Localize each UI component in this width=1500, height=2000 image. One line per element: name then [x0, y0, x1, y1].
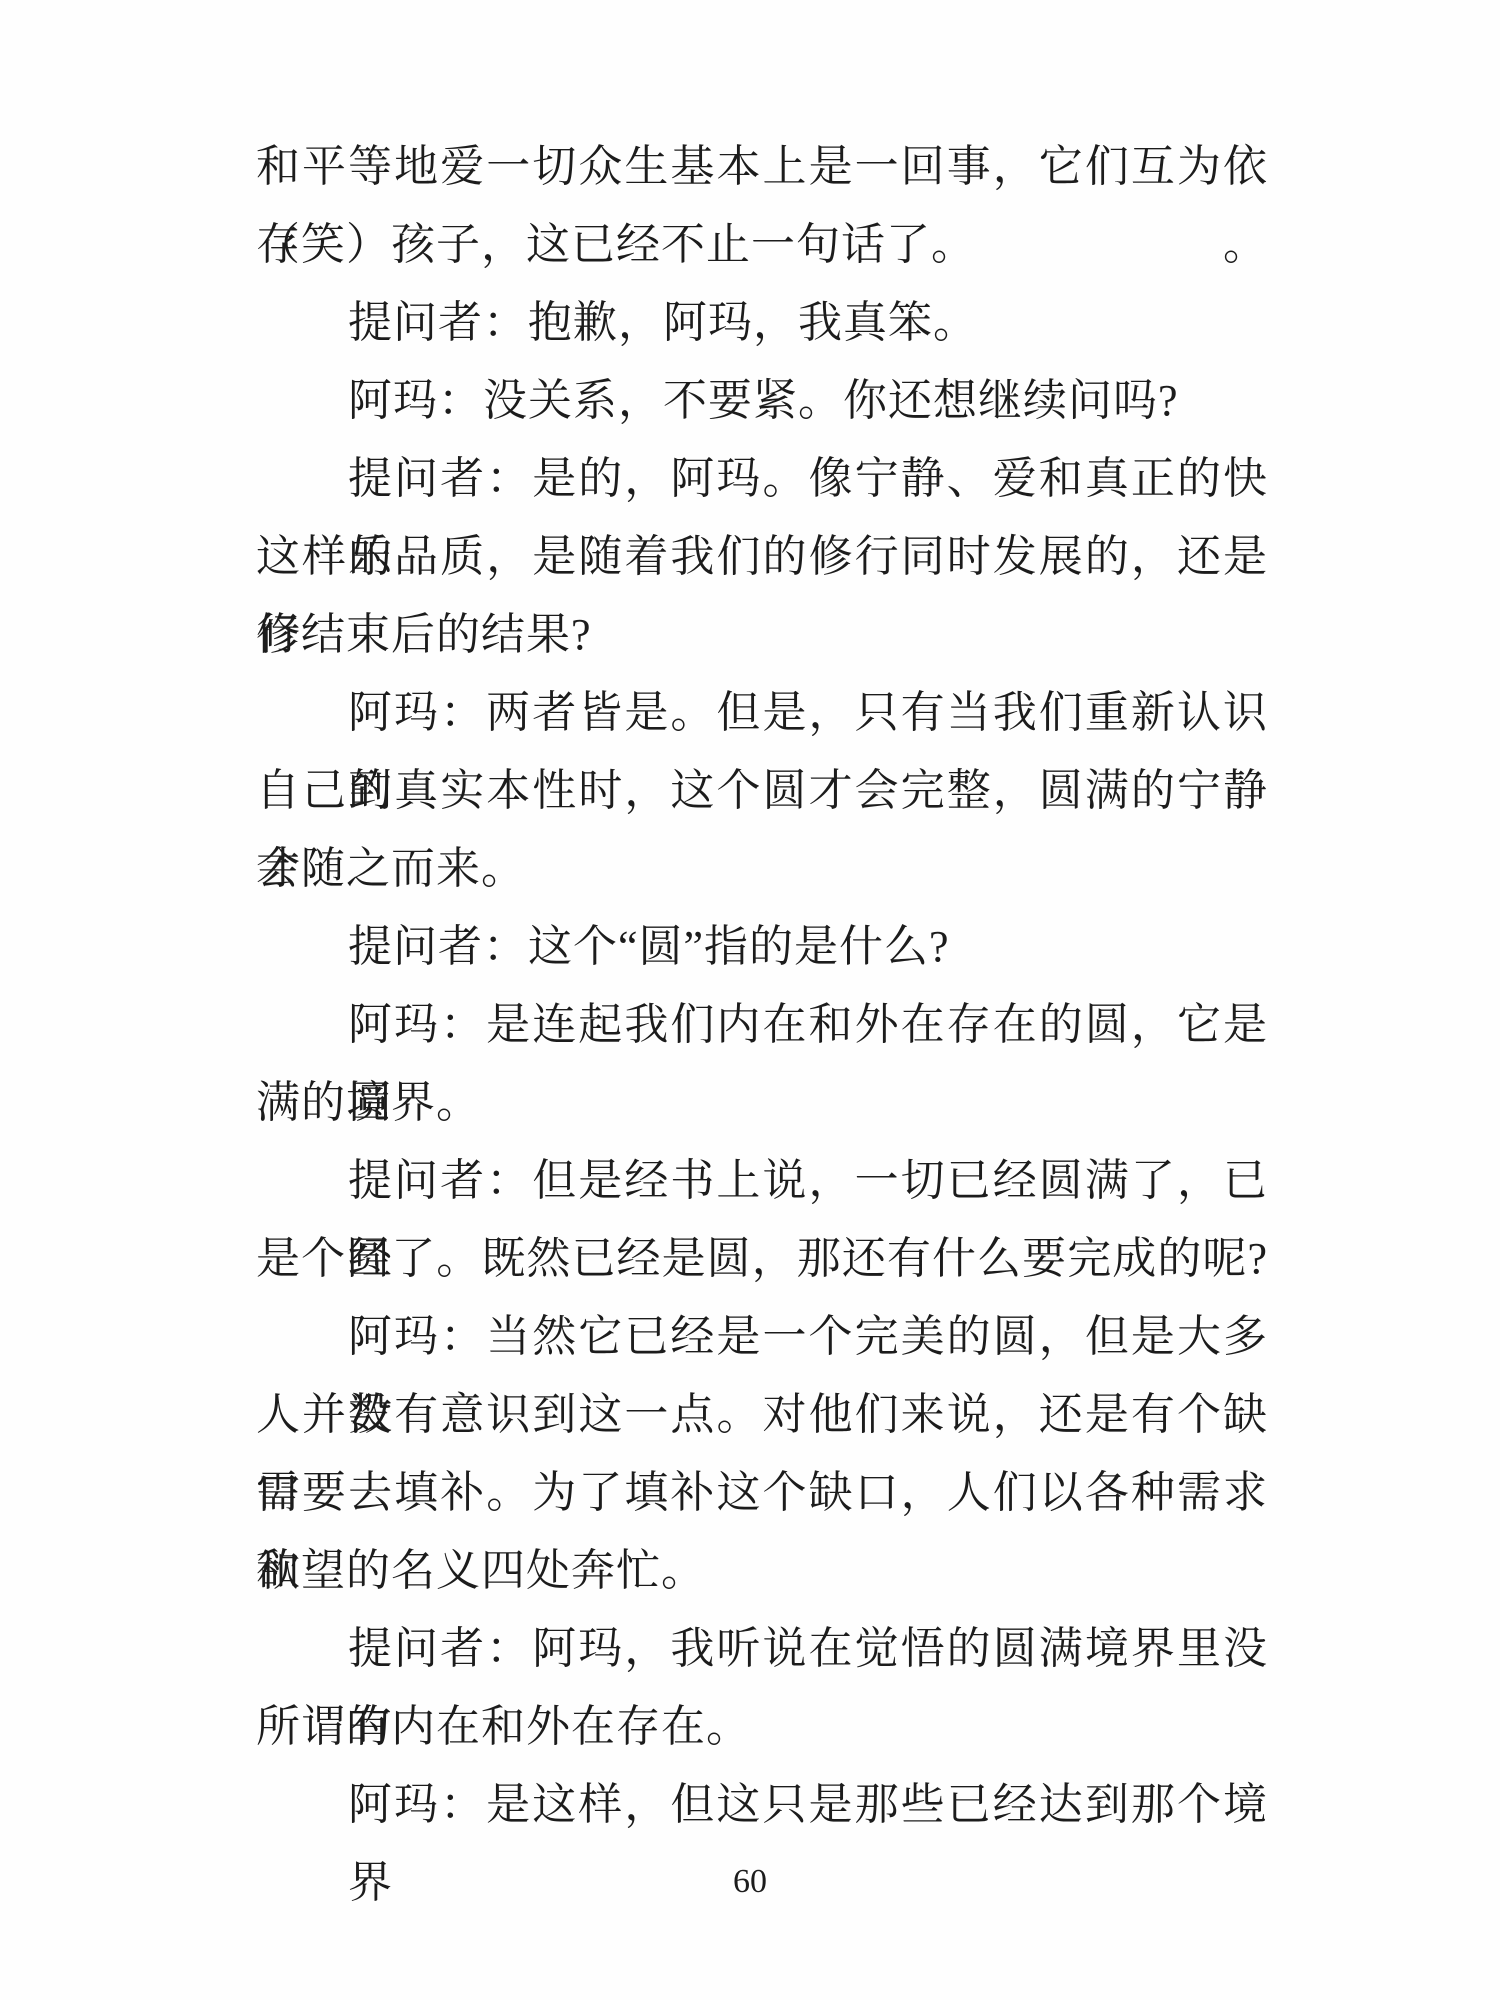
- text-line: 提问者：这个“圆”指的是什么?: [256, 908, 1268, 986]
- text-line: 需要去填补。为了填补这个缺口，人们以各种需求和: [256, 1454, 1268, 1532]
- text-line: 阿玛：没关系，不要紧。你还想继续问吗?: [256, 362, 1268, 440]
- text-line: 提问者：但是经书上说，一切已经圆满了，已经: [256, 1142, 1268, 1220]
- text-line: 阿玛：两者皆是。但是，只有当我们重新认识到: [256, 674, 1268, 752]
- text-line: 提问者：阿玛，我听说在觉悟的圆满境界里没有: [256, 1610, 1268, 1688]
- text-line: 阿玛：是这样，但这只是那些已经达到那个境界: [256, 1766, 1268, 1844]
- text-line: 这样的品质，是随着我们的修行同时发展的，还是修: [256, 518, 1268, 596]
- text-line: 满的境界。: [256, 1064, 1268, 1142]
- text-line: 阿玛：当然它已经是一个完美的圆，但是大多数: [256, 1298, 1268, 1376]
- text-line: 和平等地爱一切众生基本上是一回事，它们互为依存。: [256, 128, 1268, 206]
- page-number: 60: [0, 1862, 1500, 1902]
- text-line: 会随之而来。: [256, 830, 1268, 908]
- body-text: 和平等地爱一切众生基本上是一回事，它们互为依存。 （笑）孩子，这已经不止一句话了…: [256, 128, 1268, 1844]
- text-line: 人并没有意识到这一点。对他们来说，还是有个缺口: [256, 1376, 1268, 1454]
- text-line: 阿玛：是连起我们内在和外在存在的圆，它是圆: [256, 986, 1268, 1064]
- text-line: 所谓的内在和外在存在。: [256, 1688, 1268, 1766]
- text-line: 提问者：是的，阿玛。像宁静、爱和真正的快乐: [256, 440, 1268, 518]
- text-line: 是个圆了。既然已经是圆，那还有什么要完成的呢?: [256, 1220, 1268, 1298]
- text-line: 行结束后的结果?: [256, 596, 1268, 674]
- text-line: 自己的真实本性时，这个圆才会完整，圆满的宁静才: [256, 752, 1268, 830]
- book-page: 和平等地爱一切众生基本上是一回事，它们互为依存。 （笑）孩子，这已经不止一句话了…: [0, 0, 1500, 2000]
- text-line: 欲望的名义四处奔忙。: [256, 1532, 1268, 1610]
- text-line: 提问者：抱歉，阿玛，我真笨。: [256, 284, 1268, 362]
